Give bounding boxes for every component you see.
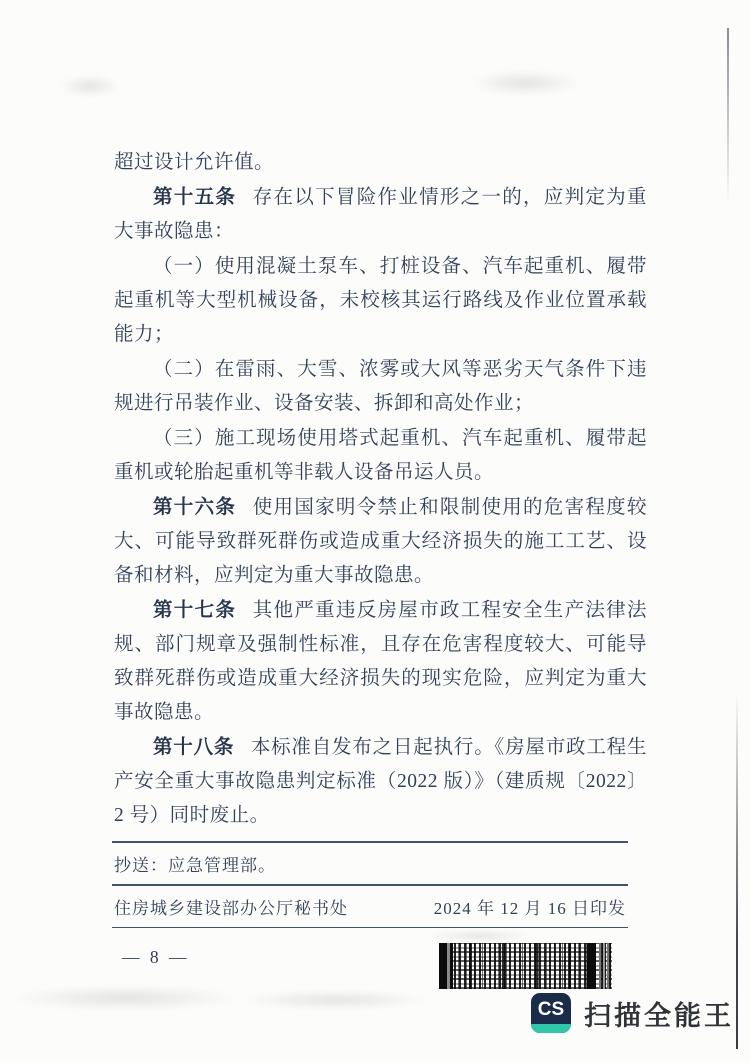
scan-smudge xyxy=(240,990,430,1010)
document-footer: 抄送：应急管理部。 住房城乡建设部办公厅秘书处 2024 年 12 月 16 日… xyxy=(112,841,628,928)
cc-line: 抄送：应急管理部。 xyxy=(114,851,276,876)
scan-edge-line-bottom xyxy=(736,693,738,1049)
paragraph-item-2: （二）在雷雨、大雪、浓雾或大风等恶劣天气条件下违规进行吊装作业、设备安装、拆卸和… xyxy=(114,353,647,421)
paragraph-article-18: 第十八条本标准自发布之日起执行。《房屋市政工程生产安全重大事故隐患判定标准（20… xyxy=(114,731,647,833)
article-number: 第十五条 xyxy=(153,187,236,208)
paragraph-article-15: 第十五条存在以下冒险作业情形之一的，应判定为重大事故隐患： xyxy=(114,181,647,249)
issuing-office: 住房城乡建设部办公厅秘书处 xyxy=(114,894,348,919)
camscanner-logo-icon: CS xyxy=(531,993,571,1033)
scan-smudge xyxy=(470,70,580,96)
scan-edge-line-top xyxy=(727,28,729,204)
paragraph-text: （一）使用混凝土泵车、打桩设备、汽车起重机、履带起重机等大型机械设备，未校核其运… xyxy=(114,256,647,345)
scanned-document-page: 超过设计允许值。 第十五条存在以下冒险作业情形之一的，应判定为重大事故隐患： （… xyxy=(0,0,751,1063)
paragraph-text: 超过设计允许值。 xyxy=(114,152,274,173)
footer-rule-bottom xyxy=(112,927,628,929)
cc-row: 抄送：应急管理部。 xyxy=(112,843,628,884)
page-number: — 8 — xyxy=(122,947,190,968)
paragraph-article-16: 第十六条使用国家明令禁止和限制使用的危害程度较大、可能导致群死群伤或造成重大经济… xyxy=(114,491,647,593)
camscanner-app-name: 扫描全能王 xyxy=(584,994,734,1033)
paragraph-text: （二）在雷雨、大雪、浓雾或大风等恶劣天气条件下违规进行吊装作业、设备安装、拆卸和… xyxy=(114,359,647,414)
paragraph-article-17: 第十七条其他严重违反房屋市政工程安全生产法律法规、部门规章及强制性标准，且存在危… xyxy=(114,594,647,730)
scan-smudge xyxy=(10,985,240,1011)
article-number: 第十八条 xyxy=(153,737,234,758)
article-number: 第十七条 xyxy=(153,600,236,621)
paragraph-text: （三）施工现场使用塔式起重机、汽车起重机、履带起重机或轮胎起重机等非载人设备吊运… xyxy=(114,428,647,483)
camscanner-logo-letters: CS xyxy=(531,994,571,1025)
print-date: 2024 年 12 月 16 日印发 xyxy=(434,894,626,919)
scan-smudge xyxy=(425,930,535,942)
camscanner-watermark: CS 扫描全能王 xyxy=(531,993,734,1033)
camscanner-logo-strip xyxy=(531,1024,571,1033)
scan-smudge xyxy=(60,75,120,97)
issue-row: 住房城乡建设部办公厅秘书处 2024 年 12 月 16 日印发 xyxy=(112,886,628,927)
paragraph-item-3: （三）施工现场使用塔式起重机、汽车起重机、履带起重机或轮胎起重机等非载人设备吊运… xyxy=(114,422,647,490)
document-body: 超过设计允许值。 第十五条存在以下冒险作业情形之一的，应判定为重大事故隐患： （… xyxy=(114,146,647,834)
article-number: 第十六条 xyxy=(153,497,236,518)
barcode xyxy=(439,943,612,989)
paragraph-continuation: 超过设计允许值。 xyxy=(114,146,647,180)
paragraph-item-1: （一）使用混凝土泵车、打桩设备、汽车起重机、履带起重机等大型机械设备，未校核其运… xyxy=(114,250,647,352)
